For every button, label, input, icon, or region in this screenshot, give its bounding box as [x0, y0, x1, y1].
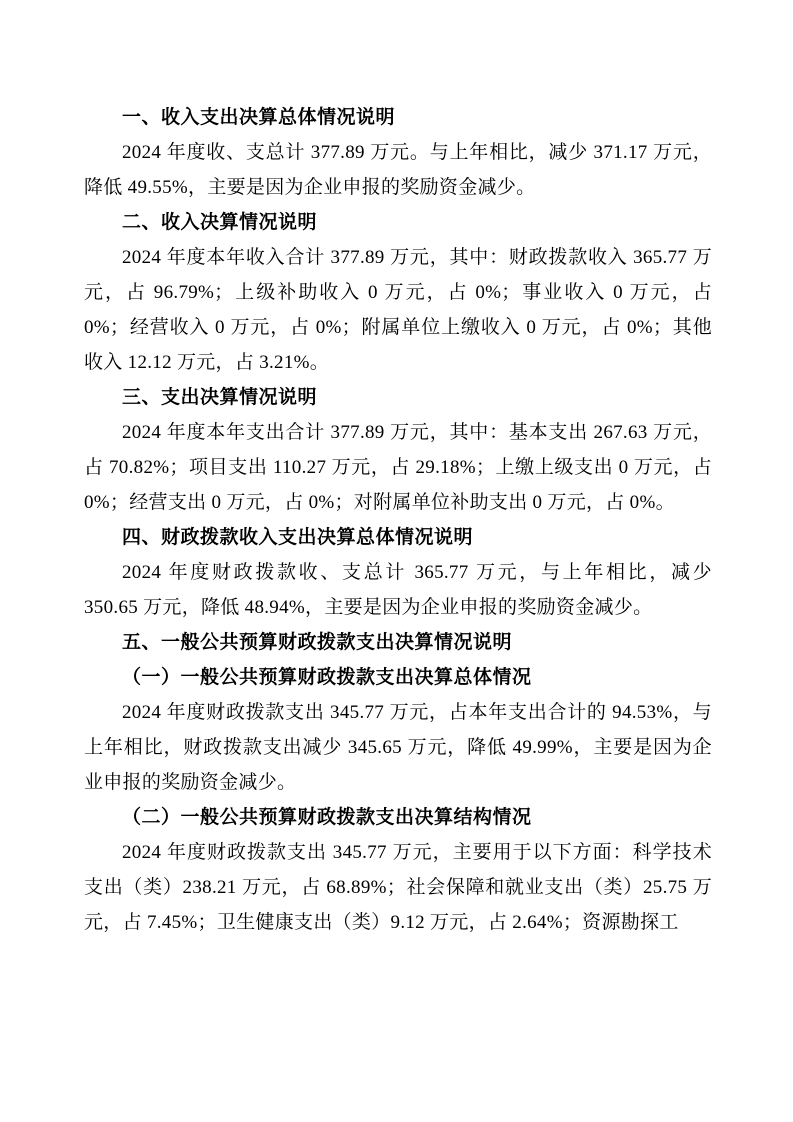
section-2-paragraph: 2024 年度本年收入合计 377.89 万元，其中：财政拨款收入 365.77…	[84, 240, 712, 380]
section-1-paragraph: 2024 年度收、支总计 377.89 万元。与上年相比，减少 371.17 万…	[84, 135, 712, 205]
section-5-subsection-1-paragraph: 2024 年度财政拨款支出 345.77 万元，占本年支出合计的 94.53%，…	[84, 695, 712, 800]
section-2-heading: 二、收入决算情况说明	[84, 205, 712, 240]
section-5-subheading-2: （二）一般公共预算财政拨款支出决算结构情况	[84, 800, 712, 835]
document-page: 一、收入支出决算总体情况说明 2024 年度收、支总计 377.89 万元。与上…	[0, 0, 793, 1122]
section-3-paragraph: 2024 年度本年支出合计 377.89 万元，其中：基本支出 267.63 万…	[84, 415, 712, 520]
section-4-heading: 四、财政拨款收入支出决算总体情况说明	[84, 520, 712, 555]
section-5-subheading-1: （一）一般公共预算财政拨款支出决算总体情况	[84, 660, 712, 695]
section-1-heading: 一、收入支出决算总体情况说明	[84, 100, 712, 135]
section-5-heading: 五、一般公共预算财政拨款支出决算情况说明	[84, 625, 712, 660]
section-5-subsection-2-paragraph: 2024 年度财政拨款支出 345.77 万元，主要用于以下方面：科学技术支出（…	[84, 835, 712, 940]
document-body: 一、收入支出决算总体情况说明 2024 年度收、支总计 377.89 万元。与上…	[84, 100, 712, 940]
section-3-heading: 三、支出决算情况说明	[84, 380, 712, 415]
section-4-paragraph: 2024 年度财政拨款收、支总计 365.77 万元，与上年相比，减少 350.…	[84, 555, 712, 625]
